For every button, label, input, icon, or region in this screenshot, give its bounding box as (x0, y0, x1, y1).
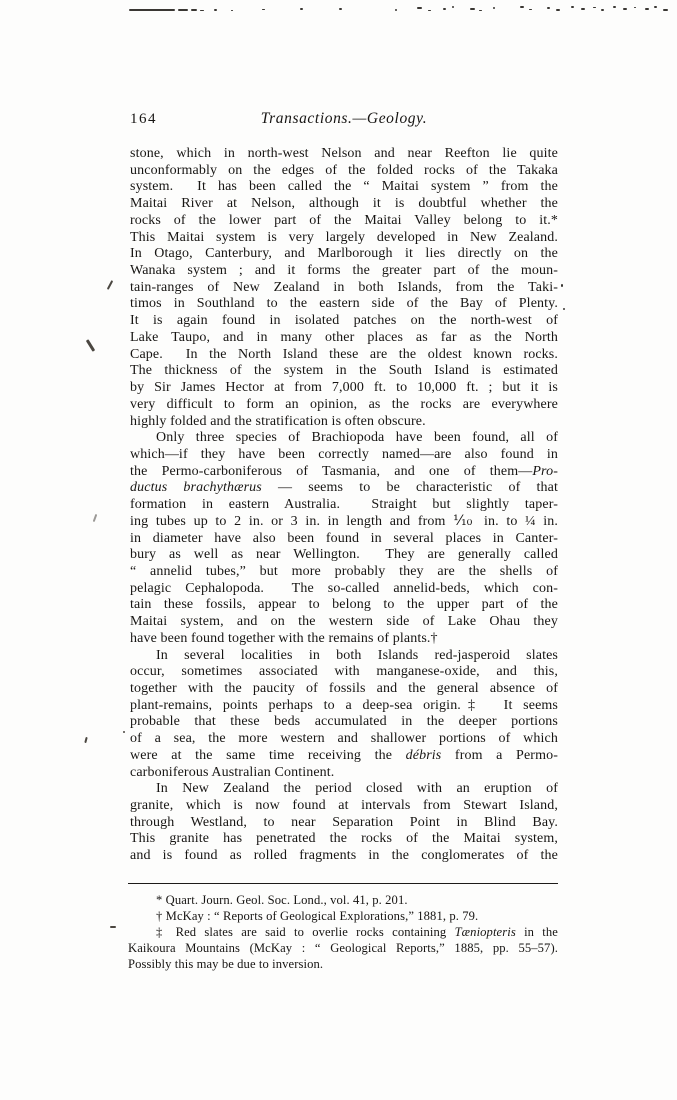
text-line: occur, sometimes associated with mangane… (130, 664, 558, 681)
text-line: tain-ranges of New Zealand in both Islan… (130, 280, 558, 297)
text-line: through Westland, to near Separation Poi… (130, 815, 558, 832)
text-line: tain these fossils, appear to belong to … (130, 597, 558, 614)
text-line: and is found as rolled fragments in the … (130, 848, 558, 865)
text-line: carboniferous Australian Continent. (130, 765, 558, 782)
text-line: In New Zealand the period closed with an… (130, 781, 558, 798)
text-line: very difficult to form an opinion, as th… (130, 397, 558, 414)
text-line: the Permo-carboniferous of Tasmania, and… (130, 464, 558, 481)
text-line: Cape. In the North Island these are the … (130, 347, 558, 364)
text-line: bury as well as near Wellington. They ar… (130, 547, 558, 564)
text-line: by Sir James Hector at from 7,000 ft. to… (130, 380, 558, 397)
text-line: This granite has penetrated the rocks of… (130, 831, 558, 848)
text-line: ing tubes up to 2 in. or 3 in. in length… (130, 514, 558, 531)
footnote-line: ‡ Red slates are said to overlie rocks c… (128, 924, 558, 940)
text-line: unconformably on the edges of the folded… (130, 163, 558, 180)
footnote-line: * Quart. Journ. Geol. Soc. Lond., vol. 4… (128, 892, 558, 908)
footnote-rule (128, 883, 558, 884)
text-line: together with the paucity of fossils and… (130, 681, 558, 698)
book-page: 164 Transactions.—Geology. stone, which … (0, 0, 677, 1100)
text-line: in diameter have also been found in seve… (130, 531, 558, 548)
text-line: “ annelid tubes,” but more probably they… (130, 564, 558, 581)
text-line: have been found together with the remain… (130, 631, 558, 648)
page-number: 164 (130, 111, 157, 128)
footnote-line: † McKay : “ Reports of Geological Explor… (128, 908, 558, 924)
text-line: Only three species of Brachiopoda have b… (130, 430, 558, 447)
text-line: highly folded and the stratification is … (130, 414, 558, 431)
text-line: granite, which is now found at intervals… (130, 798, 558, 815)
footnote-line: Kaikoura Mountains (McKay : “ Geological… (128, 940, 558, 956)
text-line: This Maitai system is very largely devel… (130, 230, 558, 247)
text-line: It is again found in isolated patches on… (130, 313, 558, 330)
text-line: probable that these beds accumulated in … (130, 714, 558, 731)
text-line: pelagic Cephalopoda. The so-called annel… (130, 581, 558, 598)
text-line: Lake Taupo, and in many other places as … (130, 330, 558, 347)
text-line: Maitai system, and on the western side o… (130, 614, 558, 631)
text-line: In several localities in both Islands re… (130, 648, 558, 665)
text-line: of a sea, the more western and shallower… (130, 731, 558, 748)
text-line: Wanaka system ; and it forms the greater… (130, 263, 558, 280)
footnotes: * Quart. Journ. Geol. Soc. Lond., vol. 4… (128, 892, 558, 972)
body-text: stone, which in north-west Nelson and ne… (130, 146, 558, 865)
running-title: Transactions.—Geology. (130, 110, 558, 128)
text-line: which—if they have been correctly named—… (130, 447, 558, 464)
page-header: 164 Transactions.—Geology. (130, 110, 558, 130)
text-line: formation in eastern Australia. Straight… (130, 497, 558, 514)
text-line: stone, which in north-west Nelson and ne… (130, 146, 558, 163)
text-line: system. It has been called the “ Maitai … (130, 179, 558, 196)
text-line: rocks of the lower part of the Maitai Va… (130, 213, 558, 230)
text-line: were at the same time receiving the débr… (130, 748, 558, 765)
text-line: Maitai River at Nelson, although it is d… (130, 196, 558, 213)
text-line: plant-remains, points perhaps to a deep-… (130, 698, 558, 715)
text-line: timos in Southland to the eastern side o… (130, 296, 558, 313)
text-line: In Otago, Canterbury, and Marlborough it… (130, 246, 558, 263)
footnote-line: Possibly this may be due to inversion. (128, 956, 558, 972)
text-line: The thickness of the system in the South… (130, 363, 558, 380)
text-line: ductus brachythærus — seems to be charac… (130, 480, 558, 497)
